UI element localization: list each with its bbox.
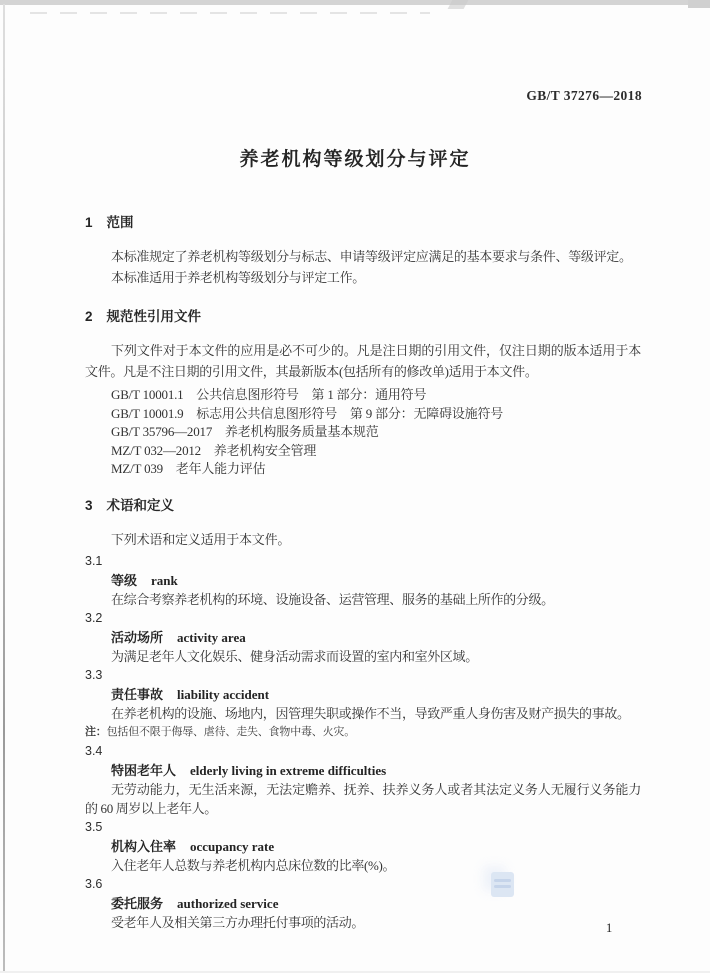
term-definition: 无劳动能力，无生活来源，无法定赡养、抚养、扶养义务人或者其法定义务人无履行义务能… bbox=[85, 780, 641, 818]
term-name-zh: 等级 bbox=[111, 573, 137, 588]
term-name-zh: 责任事故 bbox=[111, 687, 163, 702]
terms-list: 3.1 等级rank 在综合考察养老机构的环境、设施设备、运营管理、服务的基础上… bbox=[85, 552, 641, 932]
term-name-en: occupancy rate bbox=[190, 839, 274, 854]
term-number: 3.3 bbox=[85, 666, 641, 685]
section-3-number: 3 bbox=[85, 495, 93, 516]
section-1-heading: 1范围 bbox=[85, 212, 641, 233]
document-body: 1范围 本标准规定了养老机构等级划分与标志、申请等级评定应满足的基本要求与条件、… bbox=[85, 0, 641, 932]
term-name: 机构入住率occupancy rate bbox=[85, 837, 641, 856]
note-label: 注： bbox=[85, 726, 107, 738]
section-1-title: 范围 bbox=[107, 215, 134, 230]
term-name: 等级rank bbox=[85, 571, 641, 590]
term-note: 注：包括但不限于侮辱、虐待、走失、食物中毒、火灾。 bbox=[85, 723, 641, 742]
section-2-number: 2 bbox=[85, 306, 93, 327]
term-name-zh: 特困老年人 bbox=[111, 763, 176, 778]
reference-item: GB/T 10001.9 标志用公共信息图形符号 第 9 部分：无障碍设施符号 bbox=[85, 405, 641, 424]
term-definition: 受老年人及相关第三方办理托付事项的活动。 bbox=[85, 913, 641, 932]
term-number: 3.1 bbox=[85, 552, 641, 571]
scan-edge-top-right bbox=[688, 0, 710, 8]
term-name-en: liability accident bbox=[177, 687, 269, 702]
section-2-title: 规范性引用文件 bbox=[107, 309, 202, 324]
blue-smudge-artifact bbox=[491, 872, 514, 897]
term-name: 特困老年人elderly living in extreme difficult… bbox=[85, 761, 641, 780]
term-name-zh: 委托服务 bbox=[111, 896, 163, 911]
note-text: 包括但不限于侮辱、虐待、走失、食物中毒、火灾。 bbox=[107, 726, 355, 738]
term-name-zh: 机构入住率 bbox=[111, 839, 176, 854]
section-2-heading: 2规范性引用文件 bbox=[85, 306, 641, 327]
term-name-en: authorized service bbox=[177, 896, 278, 911]
term-number: 3.2 bbox=[85, 609, 641, 628]
term-definition: 入住老年人总数与养老机构内总床位数的比率(%)。 bbox=[85, 856, 641, 875]
scanned-standard-page: GB/T 37276—2018 养老机构等级划分与评定 1范围 本标准规定了养老… bbox=[0, 0, 710, 973]
term-number: 3.5 bbox=[85, 818, 641, 837]
reference-item: MZ/T 032—2012 养老机构安全管理 bbox=[85, 442, 641, 461]
term-name-en: rank bbox=[151, 573, 178, 588]
reference-item: GB/T 10001.1 公共信息图形符号 第 1 部分：通用符号 bbox=[85, 386, 641, 405]
references-intro: 下列文件对于本文件的应用是必不可少的。凡是注日期的引用文件，仅注日期的版本适用于… bbox=[85, 340, 641, 382]
section-3-heading: 3术语和定义 bbox=[85, 495, 641, 516]
term-name-en: activity area bbox=[177, 630, 246, 645]
term-number: 3.6 bbox=[85, 875, 641, 894]
term-definition: 为满足老年人文化娱乐、健身活动需求而设置的室内和室外区域。 bbox=[85, 647, 641, 666]
references-list: GB/T 10001.1 公共信息图形符号 第 1 部分：通用符号 GB/T 1… bbox=[85, 386, 641, 479]
term-name: 委托服务authorized service bbox=[85, 894, 641, 913]
term-definition: 在综合考察养老机构的环境、设施设备、运营管理、服务的基础上所作的分级。 bbox=[85, 590, 641, 609]
term-name: 责任事故liability accident bbox=[85, 685, 641, 704]
section-1-number: 1 bbox=[85, 212, 93, 233]
section-3-title: 术语和定义 bbox=[107, 498, 175, 513]
reference-item: MZ/T 039 老年人能力评估 bbox=[85, 460, 641, 479]
term-definition: 在养老机构的设施、场地内，因管理失职或操作不当，导致严重人身伤害及财产损失的事故… bbox=[85, 704, 641, 723]
term-name-en: elderly living in extreme difficulties bbox=[190, 763, 386, 778]
scope-paragraph-2: 本标准适用于养老机构等级划分与评定工作。 bbox=[85, 267, 641, 288]
page-number: 1 bbox=[606, 921, 612, 936]
scope-paragraph-1: 本标准规定了养老机构等级划分与标志、申请等级评定应满足的基本要求与条件、等级评定… bbox=[85, 246, 641, 267]
reference-item: GB/T 35796—2017 养老机构服务质量基本规范 bbox=[85, 423, 641, 442]
terms-intro: 下列术语和定义适用于本文件。 bbox=[85, 530, 641, 549]
term-number: 3.4 bbox=[85, 742, 641, 761]
term-name-zh: 活动场所 bbox=[111, 630, 163, 645]
term-name: 活动场所activity area bbox=[85, 628, 641, 647]
